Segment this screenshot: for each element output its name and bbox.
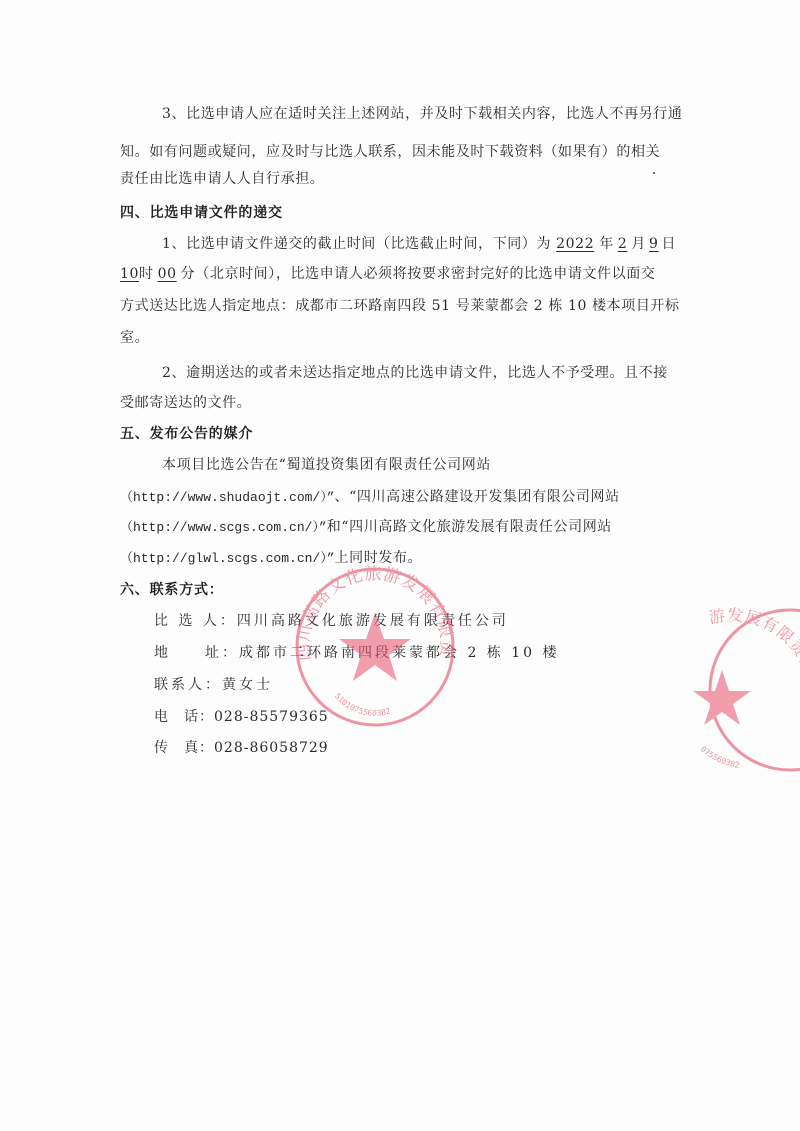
contact-value: 黄女士 [222, 677, 273, 693]
website-url: （http://www.shudaojt.com/）” [120, 490, 335, 505]
deadline-year: 2022 [556, 236, 594, 252]
svg-text:5101075560382: 5101075560382 [333, 692, 392, 718]
contact-value: 028-85579365 [214, 709, 329, 725]
contact-label: 地 址： [154, 645, 239, 661]
contact-label: 比 选 人： [154, 613, 237, 629]
hour-label: 时 [139, 266, 154, 282]
month-label: 月 [631, 236, 646, 252]
deadline-prefix: 1、比选申请文件递交的截止时间（比选截止时间，下同）为 [162, 236, 551, 252]
deadline-line2-rest: 分（北京时间），比选申请人必须将按要求密封完好的比选申请文件以面交 [181, 266, 656, 282]
deadline-day: 9 [646, 236, 662, 252]
section-heading-5: 五、发布公告的媒介 [120, 424, 253, 444]
paragraph-line: 方式送达比选人指定地点：成都市二环路南四段 51 号莱蒙都会 2 栋 10 楼本… [120, 296, 680, 316]
paragraph-line: 知。如有问题或疑问，应及时与比选人联系，因未能及时下载资料（如果有）的相关 [120, 142, 660, 162]
contact-row: 电 话：028-85579365 [154, 707, 329, 727]
contact-value: 成都市二环路南四段莱蒙都会 2 栋 10 楼 [239, 645, 560, 661]
svg-text:075560382: 075560382 [699, 745, 741, 770]
paragraph-line: 责任由比选申请人人自行承担。 [120, 169, 324, 189]
website-url: （http://www.scgs.com.cn/）” [120, 520, 327, 535]
partial-seal-icon: 游发展有限责任公司 075560382 [680, 600, 800, 775]
media-line: （http://www.scgs.com.cn/）”和“四川高路文化旅游发展有限… [120, 517, 612, 538]
contact-label: 电 话： [154, 709, 214, 725]
paragraph-line: 室。 [120, 328, 149, 348]
svg-text:游发展有限责任公司: 游发展有限责任公司 [707, 605, 800, 707]
media-line: （http://www.shudaojt.com/）”、“四川高速公路建设开发集… [120, 487, 620, 508]
contact-row: 传 真：028-86058729 [154, 738, 329, 758]
deadline-month: 2 [614, 236, 632, 252]
media-line: （http://glwl.scgs.com.cn/）”上同时发布。 [120, 548, 422, 569]
deadline-minute: 00 [154, 266, 181, 282]
deadline-hour: 10 [120, 266, 139, 282]
paragraph-line: 3、比选申请人应在适时关注上述网站，并及时下载相关内容，比选人不再另行通 [162, 104, 683, 124]
contact-row: 地 址：成都市二环路南四段莱蒙都会 2 栋 10 楼 [154, 643, 560, 663]
contact-value: 028-86058729 [214, 740, 329, 756]
paragraph-line: 受邮寄送达的文件。 [120, 393, 251, 413]
deadline-line-2: 10时00分（北京时间），比选申请人必须将按要求密封完好的比选申请文件以面交 [120, 264, 655, 284]
section-heading-4: 四、比选申请文件的递交 [120, 203, 283, 223]
year-label: 年 [599, 236, 614, 252]
website-url: （http://glwl.scgs.com.cn/）” [120, 551, 335, 566]
contact-label: 联系人： [154, 677, 222, 693]
day-label: 日 [662, 236, 677, 252]
paragraph-line: 本项目比选公告在“蜀道投资集团有限责任公司网站 [162, 455, 491, 475]
contact-label: 传 真： [154, 740, 214, 756]
contact-value: 四川高路文化旅游发展有限责任公司 [237, 613, 509, 629]
paragraph-line: 2、逾期送达的或者未送达指定地点的比选申请文件，比选人不予受理。且不接 [162, 363, 668, 383]
media-text: 和“四川高路文化旅游发展有限责任公司网站 [327, 519, 612, 535]
deadline-line: 1、比选申请文件递交的截止时间（比选截止时间，下同）为 2022 年2月9日 [162, 234, 676, 254]
media-text: 、“四川高速公路建设开发集团有限公司网站 [335, 489, 620, 505]
media-text: 上同时发布。 [335, 550, 423, 566]
speck [653, 172, 655, 174]
section-heading-6: 六、联系方式： [120, 580, 224, 600]
contact-row: 比 选 人：四川高路文化旅游发展有限责任公司 [154, 611, 509, 631]
contact-row: 联系人：黄女士 [154, 675, 273, 695]
document-page: 3、比选申请人应在适时关注上述网站，并及时下载相关内容，比选人不再另行通 知。如… [0, 0, 800, 1131]
